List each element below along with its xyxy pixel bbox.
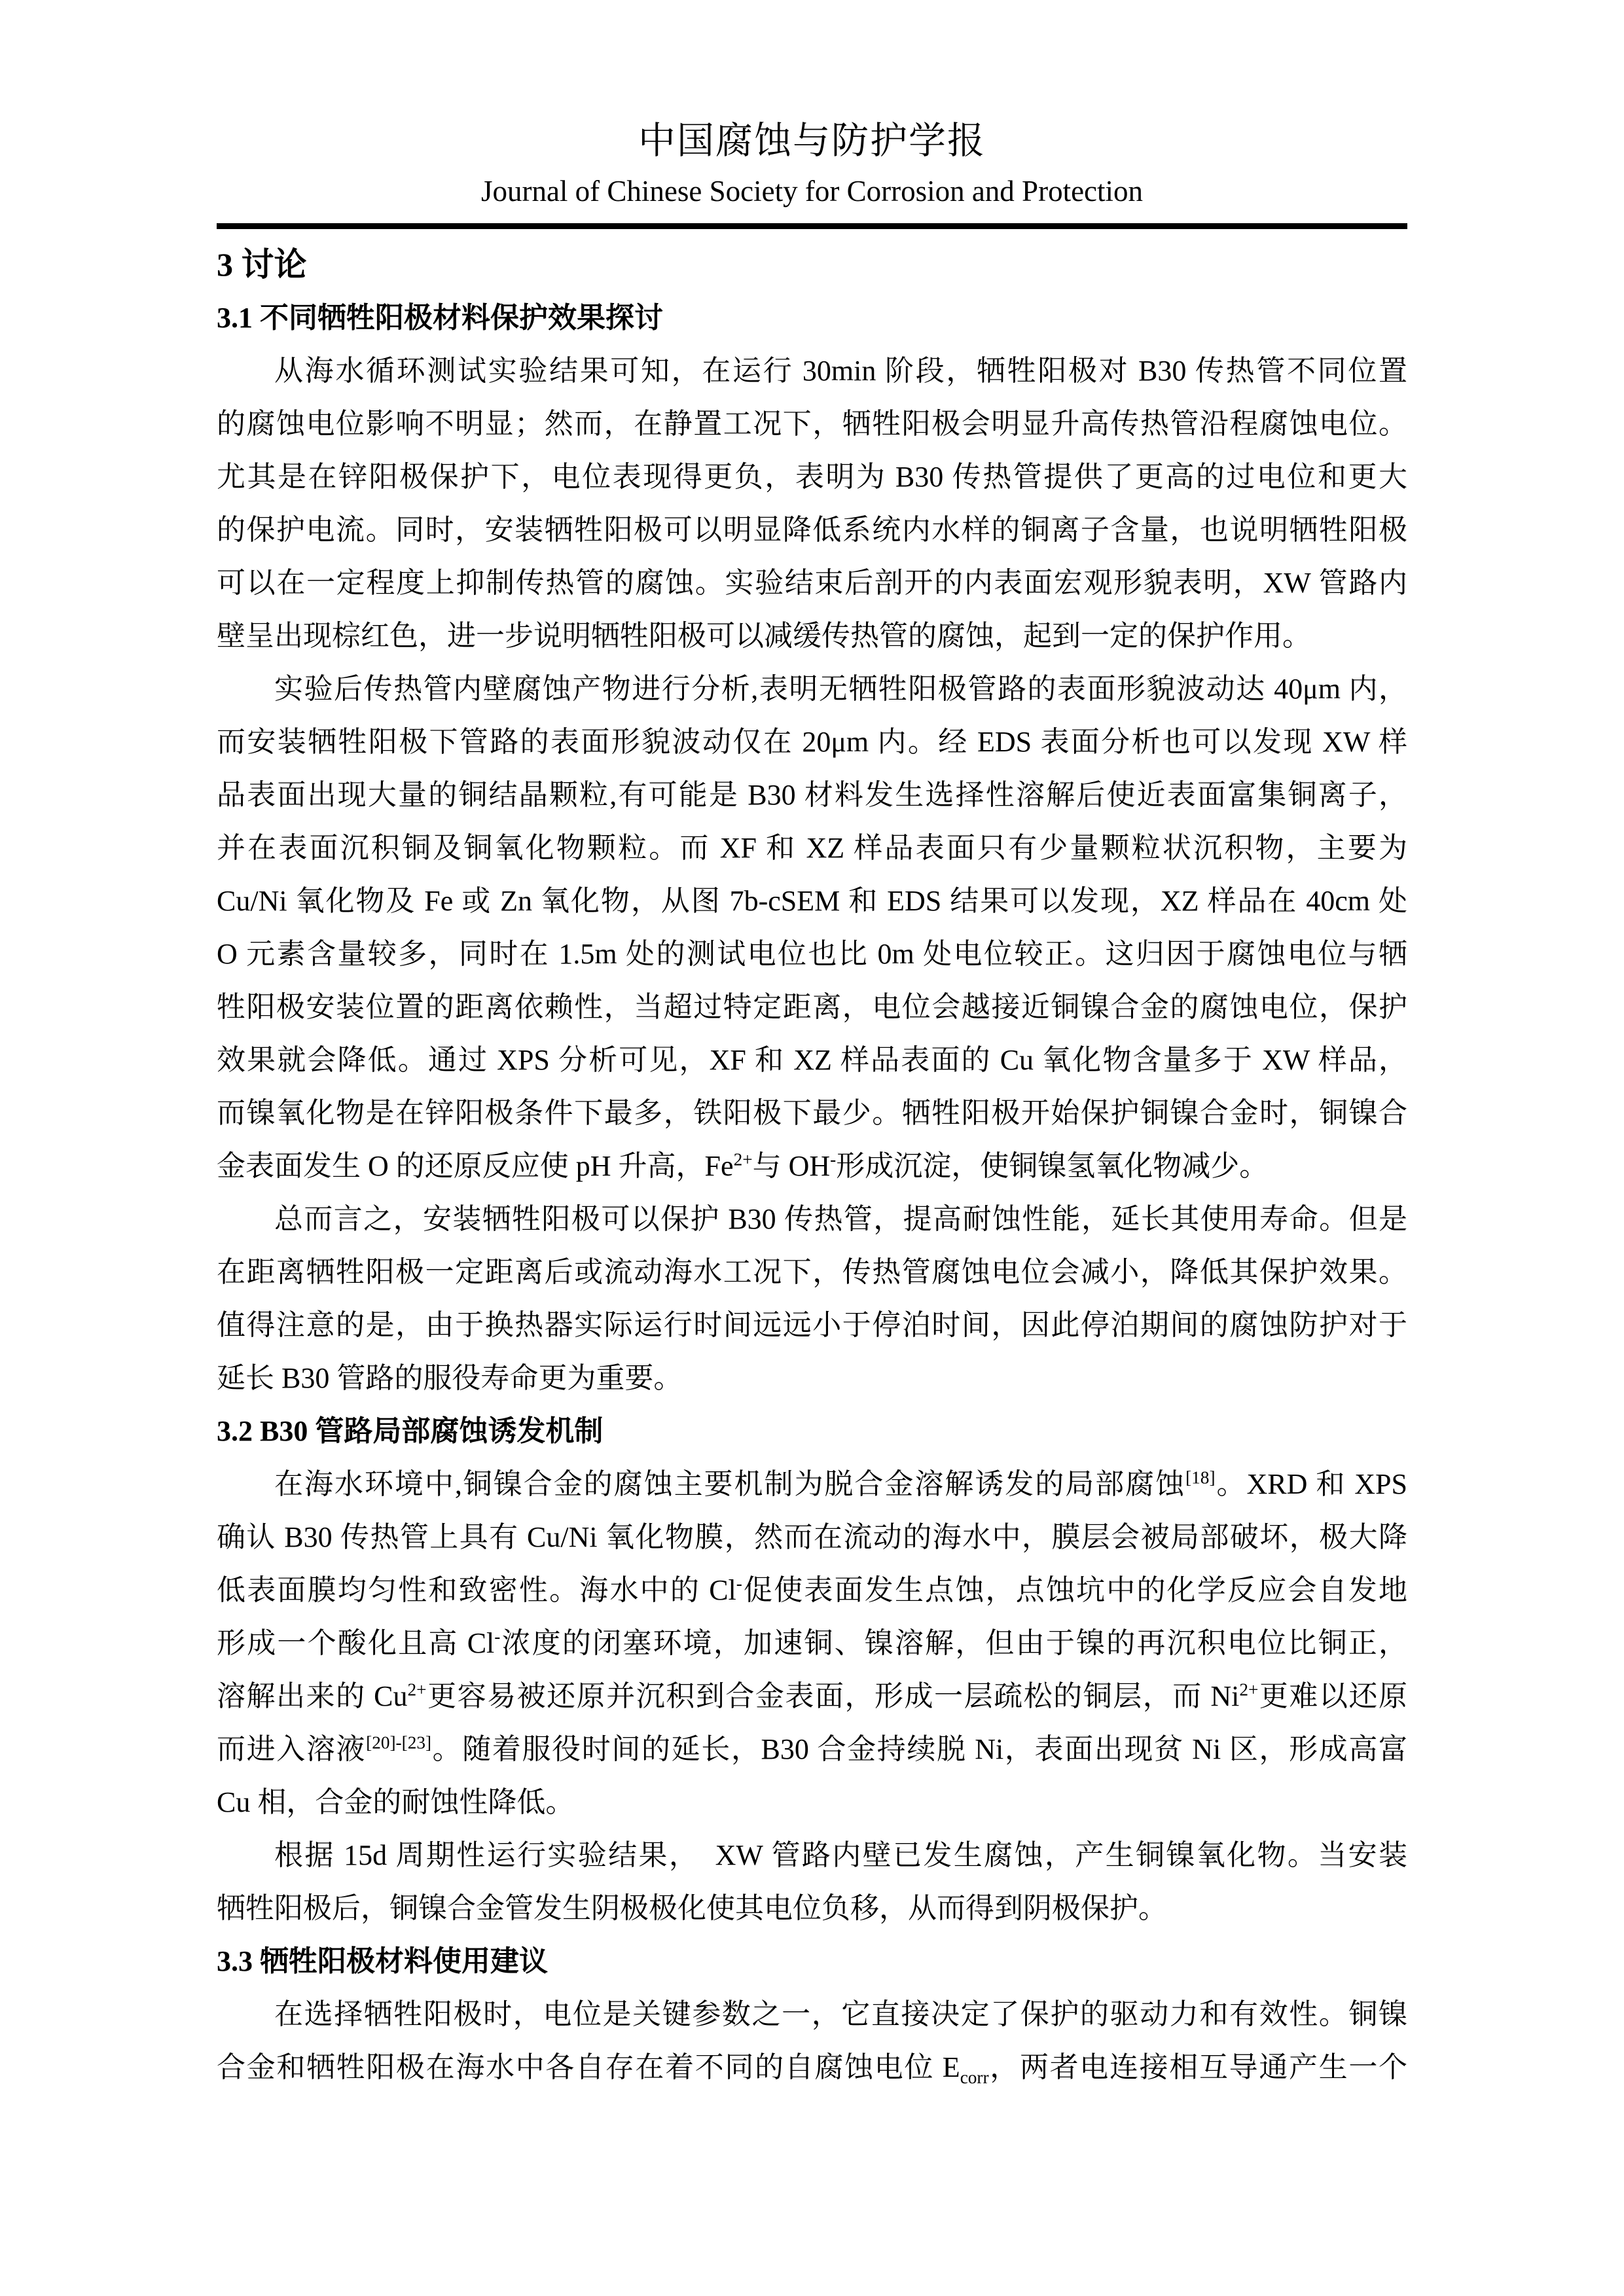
journal-title-en: Journal of Chinese Society for Corrosion… bbox=[217, 175, 1407, 207]
paragraph-line: 合金和牺牲阳极在海水中各自存在着不同的自腐蚀电位 Ecorr，两者电连接相互导通… bbox=[217, 2041, 1407, 2094]
paragraph-line: Cu 相，合金的耐蚀性降低。 bbox=[217, 1776, 1407, 1829]
paragraph-line: 的腐蚀电位影响不明显；然而，在静置工况下，牺牲阳极会明显升高传热管沿程腐蚀电位。 bbox=[217, 397, 1407, 450]
paragraph-line: 效果就会降低。通过 XPS 分析可见，XF 和 XZ 样品表面的 Cu 氧化物含… bbox=[217, 1033, 1407, 1086]
paragraph-line: 溶解出来的 Cu2+更容易被还原并沉积到合金表面，形成一层疏松的铜层，而 Ni2… bbox=[217, 1670, 1407, 1723]
paragraph-line: 可以在一定程度上抑制传热管的腐蚀。实验结束后剖开的内表面宏观形貌表明，XW 管路… bbox=[217, 556, 1407, 609]
paragraph: 实验后传热管内壁腐蚀产物进行分析,表明无牺牲阳极管路的表面形貌波动达 40μm … bbox=[217, 662, 1407, 1193]
paragraph-line: 金表面发生 O 的还原反应使 pH 升高，Fe2+与 OH-形成沉淀，使铜镍氢氧… bbox=[217, 1139, 1407, 1193]
journal-title-cn: 中国腐蚀与防护学报 bbox=[217, 121, 1407, 162]
paragraph-line: 并在表面沉积铜及铜氧化物颗粒。而 XF 和 XZ 样品表面只有少量颗粒状沉积物，… bbox=[217, 821, 1407, 874]
paragraph-line: 根据 15d 周期性运行实验结果， XW 管路内壁已发生腐蚀，产生铜镍氧化物。当… bbox=[217, 1829, 1407, 1882]
document-page: 中国腐蚀与防护学报 Journal of Chinese Society for… bbox=[0, 0, 1624, 2296]
paragraph-line: 牲阳极安装位置的距离依赖性，当超过特定距离，电位会越接近铜镍合金的腐蚀电位，保护 bbox=[217, 980, 1407, 1033]
section-heading: 3 讨论 bbox=[217, 238, 1407, 291]
paragraph-line: 品表面出现大量的铜结晶颗粒,有可能是 B30 材料发生选择性溶解后使近表面富集铜… bbox=[217, 768, 1407, 821]
paragraph: 在海水环境中,铜镍合金的腐蚀主要机制为脱合金溶解诱发的局部腐蚀[18]。XRD … bbox=[217, 1458, 1407, 1829]
paragraph: 根据 15d 周期性运行实验结果， XW 管路内壁已发生腐蚀，产生铜镍氧化物。当… bbox=[217, 1829, 1407, 1935]
paragraph: 在选择牺牲阳极时，电位是关键参数之一，它直接决定了保护的驱动力和有效性。铜镍合金… bbox=[217, 1988, 1407, 2094]
paragraph-line: 确认 B30 传热管上具有 Cu/Ni 氧化物膜，然而在流动的海水中，膜层会被局… bbox=[217, 1511, 1407, 1564]
paragraph-line: 壁呈出现棕红色，进一步说明牺牲阳极可以减缓传热管的腐蚀，起到一定的保护作用。 bbox=[217, 609, 1407, 662]
section-heading: 3.1 不同牺牲阳极材料保护效果探讨 bbox=[217, 291, 1407, 344]
paragraph-line: 尤其是在锌阳极保护下，电位表现得更负，表明为 B30 传热管提供了更高的过电位和… bbox=[217, 450, 1407, 503]
paragraph-line: Cu/Ni 氧化物及 Fe 或 Zn 氧化物，从图 7b-cSEM 和 EDS … bbox=[217, 874, 1407, 927]
paragraph: 总而言之，安装牺牲阳极可以保护 B30 传热管，提高耐蚀性能，延长其使用寿命。但… bbox=[217, 1193, 1407, 1405]
paragraph-line: 牺牲阳极后，铜镍合金管发生阴极极化使其电位负移，从而得到阴极保护。 bbox=[217, 1882, 1407, 1935]
section-heading: 3.3 牺牲阳极材料使用建议 bbox=[217, 1935, 1407, 1988]
section-heading: 3.2 B30 管路局部腐蚀诱发机制 bbox=[217, 1405, 1407, 1458]
paragraph-line: 值得注意的是，由于换热器实际运行时间远远小于停泊时间，因此停泊期间的腐蚀防护对于 bbox=[217, 1299, 1407, 1352]
paragraph-line: 从海水循环测试实验结果可知，在运行 30min 阶段，牺牲阳极对 B30 传热管… bbox=[217, 344, 1407, 397]
paragraph-line: 而镍氧化物是在锌阳极条件下最多，铁阳极下最少。牺牲阳极开始保护铜镍合金时，铜镍合 bbox=[217, 1086, 1407, 1139]
paragraph-line: 低表面膜均匀性和致密性。海水中的 Cl-促使表面发生点蚀，点蚀坑中的化学反应会自… bbox=[217, 1564, 1407, 1617]
paragraph-line: 而进入溶液[20]-[23]。随着服役时间的延长，B30 合金持续脱 Ni，表面… bbox=[217, 1723, 1407, 1776]
header-rule bbox=[217, 223, 1407, 229]
paragraph-line: O 元素含量较多，同时在 1.5m 处的测试电位也比 0m 处电位较正。这归因于… bbox=[217, 927, 1407, 980]
paragraph-line: 总而言之，安装牺牲阳极可以保护 B30 传热管，提高耐蚀性能，延长其使用寿命。但… bbox=[217, 1193, 1407, 1246]
paragraph-line: 延长 B30 管路的服役寿命更为重要。 bbox=[217, 1352, 1407, 1405]
paragraph-line: 实验后传热管内壁腐蚀产物进行分析,表明无牺牲阳极管路的表面形貌波动达 40μm … bbox=[217, 662, 1407, 715]
journal-header: 中国腐蚀与防护学报 Journal of Chinese Society for… bbox=[217, 121, 1407, 229]
paragraph-line: 在海水环境中,铜镍合金的腐蚀主要机制为脱合金溶解诱发的局部腐蚀[18]。XRD … bbox=[217, 1458, 1407, 1511]
paragraph-line: 而安装牺牲阳极下管路的表面形貌波动仅在 20μm 内。经 EDS 表面分析也可以… bbox=[217, 715, 1407, 768]
document-body: 3 讨论3.1 不同牺牲阳极材料保护效果探讨从海水循环测试实验结果可知，在运行 … bbox=[217, 238, 1407, 2094]
paragraph-line: 在选择牺牲阳极时，电位是关键参数之一，它直接决定了保护的驱动力和有效性。铜镍 bbox=[217, 1988, 1407, 2041]
paragraph: 从海水循环测试实验结果可知，在运行 30min 阶段，牺牲阳极对 B30 传热管… bbox=[217, 344, 1407, 662]
paragraph-line: 的保护电流。同时，安装牺牲阳极可以明显降低系统内水样的铜离子含量，也说明牺牲阳极 bbox=[217, 503, 1407, 556]
paragraph-line: 形成一个酸化且高 Cl-浓度的闭塞环境，加速铜、镍溶解，但由于镍的再沉积电位比铜… bbox=[217, 1617, 1407, 1670]
paragraph-line: 在距离牺牲阳极一定距离后或流动海水工况下，传热管腐蚀电位会减小，降低其保护效果。 bbox=[217, 1246, 1407, 1299]
